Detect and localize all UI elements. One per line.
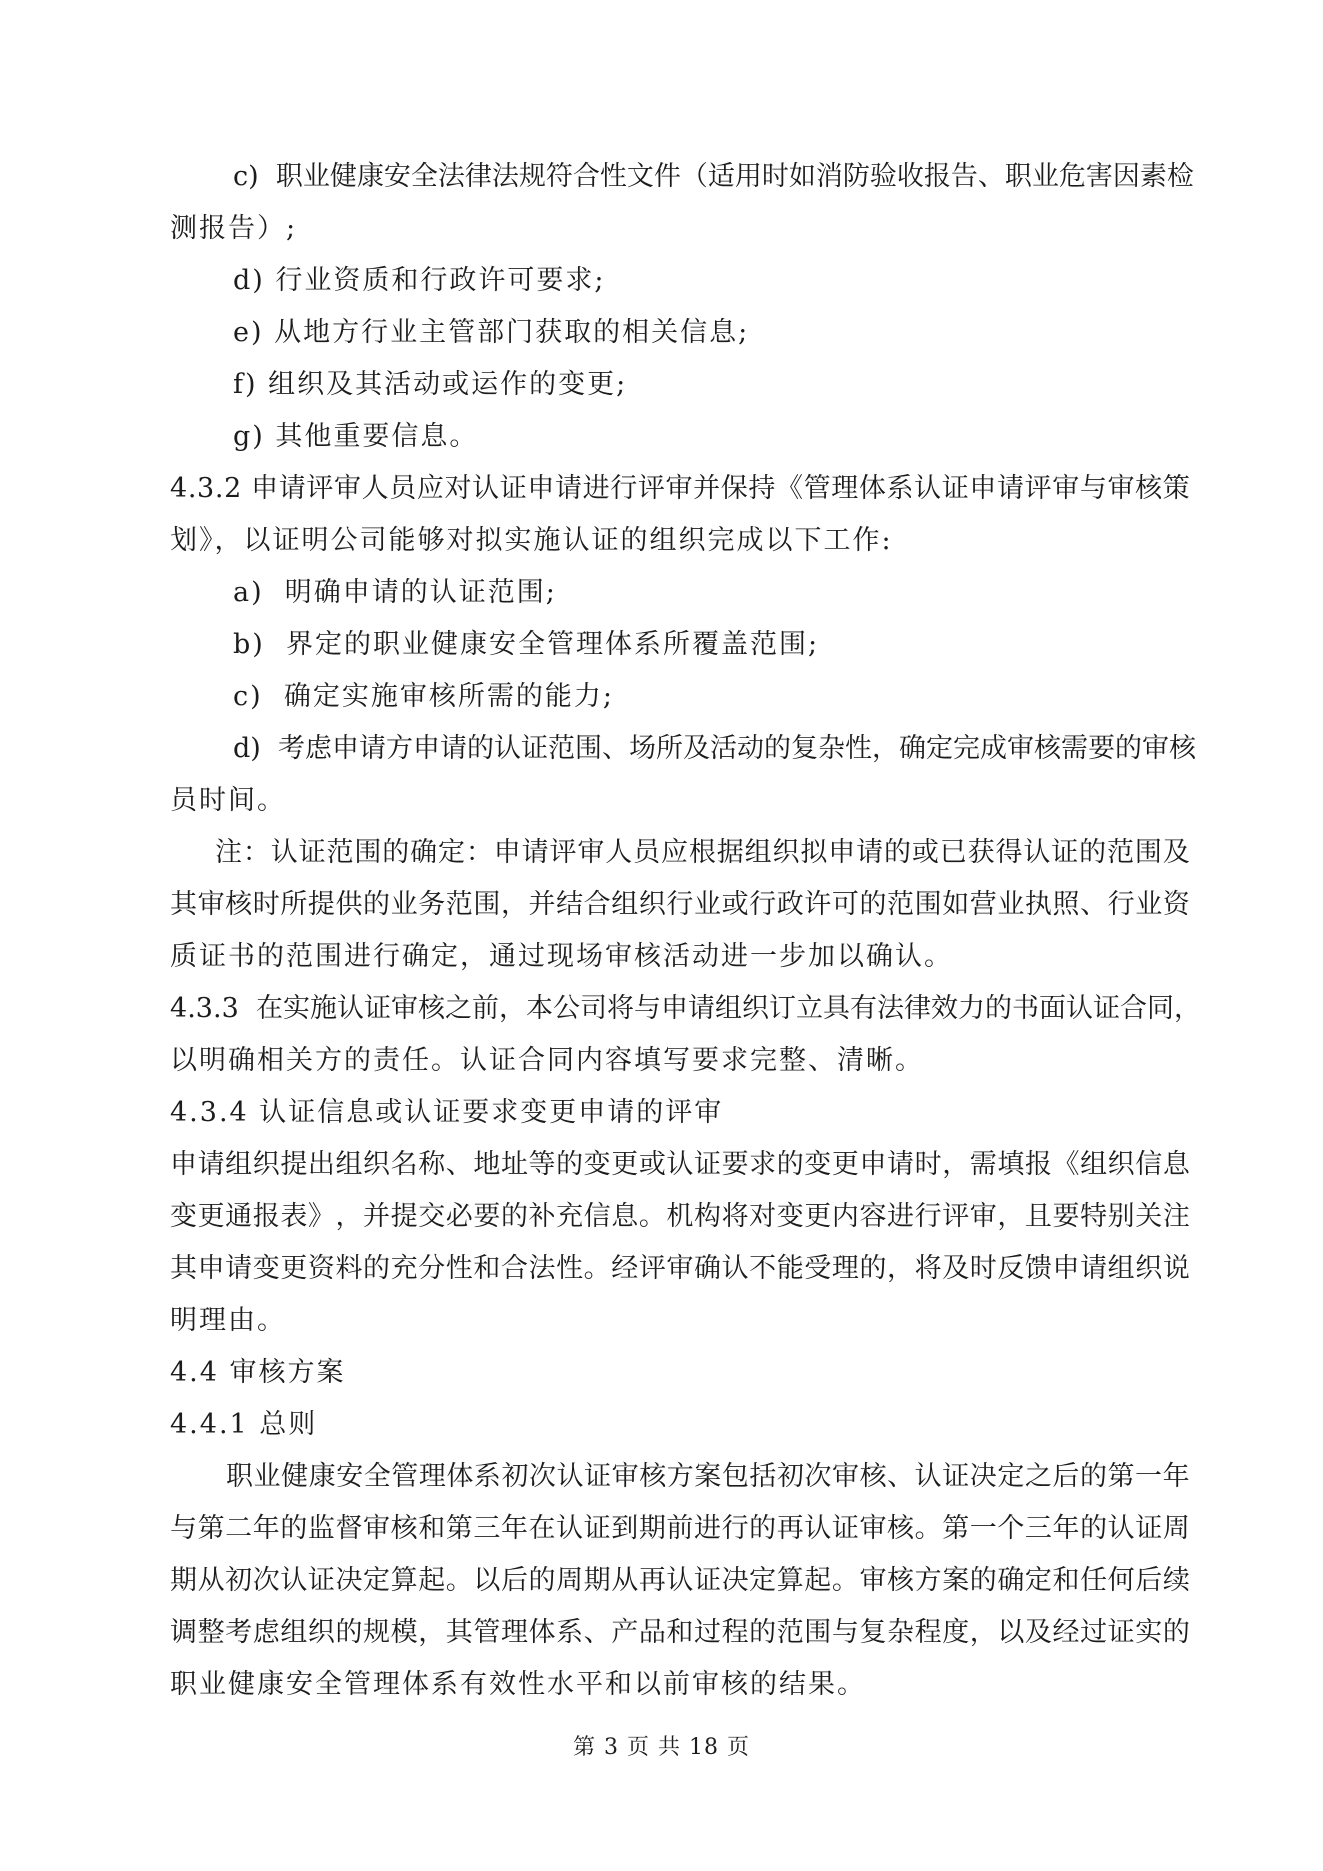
document-line: 4.3.2 申请评审人员应对认证申请进行评审并保持《管理体系认证申请评审与审核策	[170, 463, 1190, 515]
page-number-text: 第 3 页 共 18 页	[573, 1735, 750, 1760]
document-page: c) 职业健康安全法律法规符合性文件（适用时如消防验收报告、职业危害因素检测报告…	[0, 0, 1323, 1871]
document-line: g) 其他重要信息。	[170, 411, 1190, 463]
document-line: 变更通报表》，并提交必要的补充信息。机构将对变更内容进行评审，且要特别关注	[170, 1191, 1190, 1243]
document-line: 以明确相关方的责任。认证合同内容填写要求完整、清晰。	[170, 1035, 1190, 1087]
document-line: b) 界定的职业健康安全管理体系所覆盖范围;	[170, 619, 1190, 671]
document-body: c) 职业健康安全法律法规符合性文件（适用时如消防验收报告、职业危害因素检测报告…	[170, 151, 1190, 1711]
document-line: 员时间。	[170, 775, 1190, 827]
document-line: f) 组织及其活动或运作的变更;	[170, 359, 1190, 411]
document-line: 职业健康安全管理体系有效性水平和以前审核的结果。	[170, 1659, 1190, 1711]
document-line: 注：认证范围的确定：申请评审人员应根据组织拟申请的或已获得认证的范围及	[170, 827, 1190, 879]
document-line: 明理由。	[170, 1295, 1190, 1347]
document-line: 质证书的范围进行确定，通过现场审核活动进一步加以确认。	[170, 931, 1190, 983]
document-line: 测报告）;	[170, 203, 1190, 255]
document-line: 划》，以证明公司能够对拟实施认证的组织完成以下工作:	[170, 515, 1190, 567]
document-line: c) 确定实施审核所需的能力;	[170, 671, 1190, 723]
document-line: 其审核时所提供的业务范围，并结合组织行业或行政许可的范围如营业执照、行业资	[170, 879, 1190, 931]
document-line: 期从初次认证决定算起。以后的周期从再认证决定算起。审核方案的确定和任何后续	[170, 1555, 1190, 1607]
document-line: d) 考虑申请方申请的认证范围、场所及活动的复杂性，确定完成审核需要的审核	[170, 723, 1190, 775]
document-line: 职业健康安全管理体系初次认证审核方案包括初次审核、认证决定之后的第一年	[170, 1451, 1190, 1503]
document-line: 4.3.3 在实施认证审核之前，本公司将与申请组织订立具有法律效力的书面认证合同…	[170, 983, 1190, 1035]
document-line: 调整考虑组织的规模，其管理体系、产品和过程的范围与复杂程度，以及经过证实的	[170, 1607, 1190, 1659]
page-footer: 第 3 页 共 18 页	[0, 1732, 1323, 1764]
document-line: 4.4.1 总则	[170, 1399, 1190, 1451]
document-line: 4.4 审核方案	[170, 1347, 1190, 1399]
document-line: e) 从地方行业主管部门获取的相关信息;	[170, 307, 1190, 359]
document-line: d) 行业资质和行政许可要求;	[170, 255, 1190, 307]
document-line: a) 明确申请的认证范围;	[170, 567, 1190, 619]
document-line: 与第二年的监督审核和第三年在认证到期前进行的再认证审核。第一个三年的认证周	[170, 1503, 1190, 1555]
document-line: 其申请变更资料的充分性和合法性。经评审确认不能受理的，将及时反馈申请组织说	[170, 1243, 1190, 1295]
document-line: c) 职业健康安全法律法规符合性文件（适用时如消防验收报告、职业危害因素检	[170, 151, 1190, 203]
document-line: 申请组织提出组织名称、地址等的变更或认证要求的变更申请时，需填报《组织信息	[170, 1139, 1190, 1191]
document-line: 4.3.4 认证信息或认证要求变更申请的评审	[170, 1087, 1190, 1139]
